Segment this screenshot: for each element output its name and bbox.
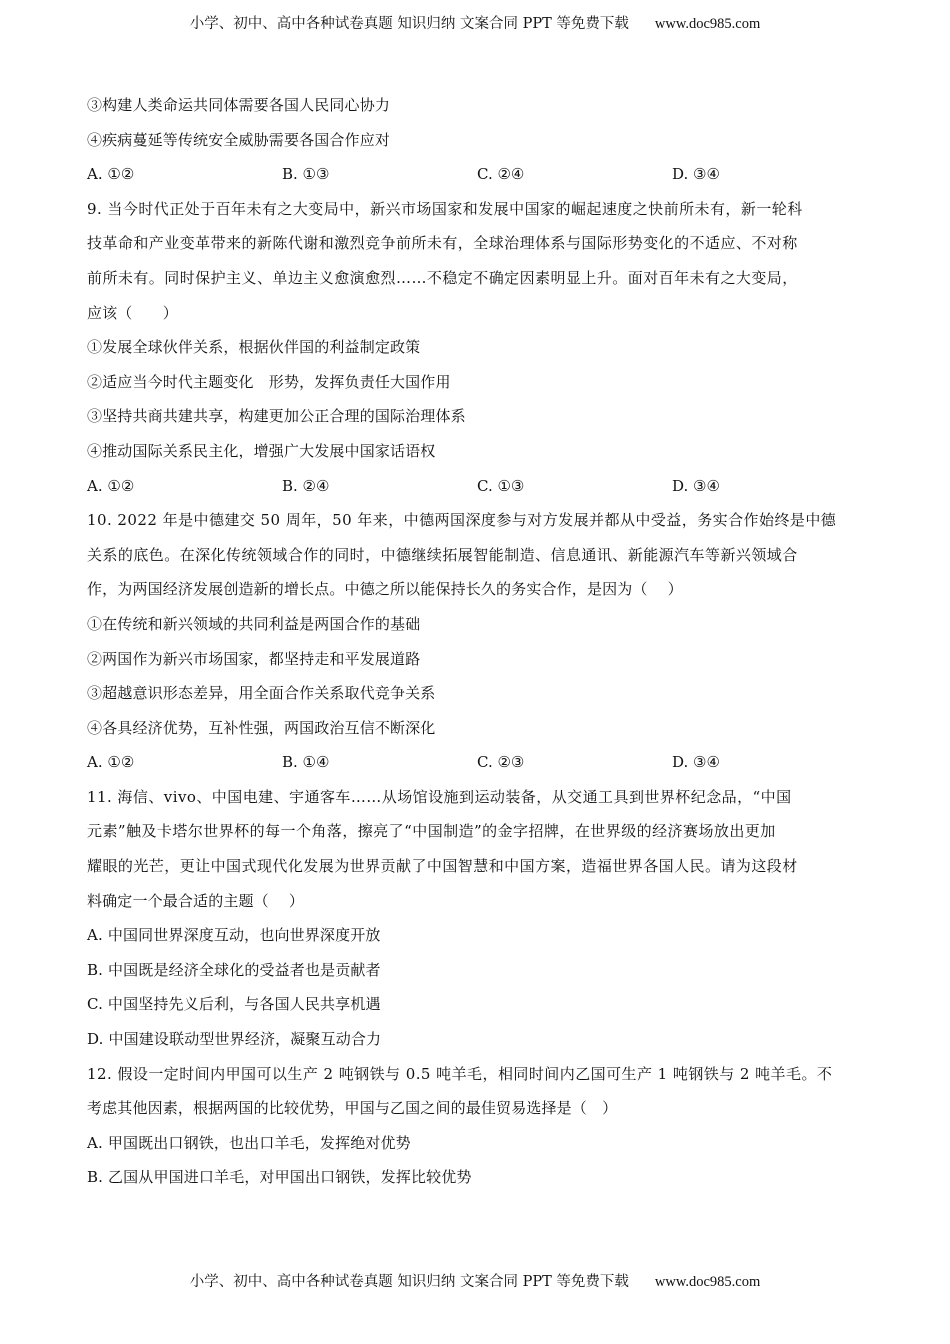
question-stem: 12. 假设一定时间内甲国可以生产 2 吨钢铁与 0.5 吨羊毛，相同时间内乙国… (87, 1057, 867, 1092)
option-a: A. 中国同世界深度互动，也向世界深度开放 (87, 918, 867, 953)
statement: ①发展全球伙伴关系，根据伙伴国的利益制定政策 (87, 330, 867, 365)
question-stem: 关系的底色。在深化传统领域合作的同时，中德继续拓展智能制造、信息通讯、新能源汽车… (87, 538, 867, 573)
option-b: B. ②④ (282, 469, 477, 504)
statement: ③构建人类命运共同体需要各国人民同心协力 (87, 88, 867, 123)
option-c: C. 中国坚持先义后利，与各国人民共享机遇 (87, 987, 867, 1022)
answer-options: A. ①② B. ①③ C. ②④ D. ③④ (87, 157, 867, 192)
statement: ②两国作为新兴市场国家，都坚持走和平发展道路 (87, 642, 867, 677)
question-11: 11. 海信、vivo、中国电建、宇通客车……从场馆设施到运动装备，从交通工具到… (87, 780, 867, 1057)
option-c: C. ①③ (477, 469, 672, 504)
statement: ②适应当今时代主题变化 形势，发挥负责任大国作用 (87, 365, 867, 400)
statement: ④各具经济优势，互补性强，两国政治互信不断深化 (87, 711, 867, 746)
question-stem: 11. 海信、vivo、中国电建、宇通客车……从场馆设施到运动装备，从交通工具到… (87, 780, 867, 815)
question-stem: 料确定一个最合适的主题（ ） (87, 884, 867, 919)
question-stem: 元素”触及卡塔尔世界杯的每一个角落，擦亮了“中国制造”的金字招牌，在世界级的经济… (87, 814, 867, 849)
question-stem: 作，为两国经济发展创造新的增长点。中德之所以能保持长久的务实合作，是因为（ ） (87, 572, 867, 607)
option-b: B. ①④ (282, 745, 477, 780)
page-header: 小学、初中、高中各种试卷真题 知识归纳 文案合同 PPT 等免费下载www.do… (0, 12, 950, 33)
question-stem: 9. 当今时代正处于百年未有之大变局中，新兴市场国家和发展中国家的崛起速度之快前… (87, 192, 867, 227)
page-footer: 小学、初中、高中各种试卷真题 知识归纳 文案合同 PPT 等免费下载www.do… (0, 1270, 950, 1291)
header-text: 小学、初中、高中各种试卷真题 知识归纳 文案合同 PPT 等免费下载 (190, 16, 629, 32)
question-stem: 耀眼的光芒，更让中国式现代化发展为世界贡献了中国智慧和中国方案，造福世界各国人民… (87, 849, 867, 884)
footer-text: 小学、初中、高中各种试卷真题 知识归纳 文案合同 PPT 等免费下载 (190, 1274, 629, 1290)
option-a: A. 甲国既出口钢铁，也出口羊毛，发挥绝对优势 (87, 1126, 867, 1161)
question-stem: 技革命和产业变革带来的新陈代谢和激烈竞争前所未有，全球治理体系与国际形势变化的不… (87, 226, 867, 261)
statement: ④推动国际关系民主化，增强广大发展中国家话语权 (87, 434, 867, 469)
option-d: D. 中国建设联动型世界经济，凝聚互动合力 (87, 1022, 867, 1057)
question-stem: 考虑其他因素，根据两国的比较优势，甲国与乙国之间的最佳贸易选择是（ ） (87, 1091, 867, 1126)
question-10: 10. 2022 年是中德建交 50 周年，50 年来，中德两国深度参与对方发展… (87, 503, 867, 780)
question-stem: 10. 2022 年是中德建交 50 周年，50 年来，中德两国深度参与对方发展… (87, 503, 867, 538)
question-8-tail: ③构建人类命运共同体需要各国人民同心协力 ④疾病蔓延等传统安全威胁需要各国合作应… (87, 88, 867, 192)
answer-options: A. ①② B. ②④ C. ①③ D. ③④ (87, 469, 867, 504)
statement: ④疾病蔓延等传统安全威胁需要各国合作应对 (87, 123, 867, 158)
statement: ③超越意识形态差异，用全面合作关系取代竞争关系 (87, 676, 867, 711)
option-a: A. ①② (87, 469, 282, 504)
option-d: D. ③④ (672, 157, 867, 192)
option-d: D. ③④ (672, 469, 867, 504)
answer-options: A. ①② B. ①④ C. ②③ D. ③④ (87, 745, 867, 780)
footer-url[interactable]: www.doc985.com (655, 1274, 760, 1290)
statement: ③坚持共商共建共享，构建更加公正合理的国际治理体系 (87, 399, 867, 434)
question-12: 12. 假设一定时间内甲国可以生产 2 吨钢铁与 0.5 吨羊毛，相同时间内乙国… (87, 1057, 867, 1195)
question-stem: 应该（ ） (87, 296, 867, 331)
question-stem: 前所未有。同时保护主义、单边主义愈演愈烈……不稳定不确定因素明显上升。面对百年未… (87, 261, 867, 296)
option-b: B. 中国既是经济全球化的受益者也是贡献者 (87, 953, 867, 988)
option-a: A. ①② (87, 157, 282, 192)
option-c: C. ②③ (477, 745, 672, 780)
header-url[interactable]: www.doc985.com (655, 16, 760, 32)
option-c: C. ②④ (477, 157, 672, 192)
exam-content: ③构建人类命运共同体需要各国人民同心协力 ④疾病蔓延等传统安全威胁需要各国合作应… (87, 88, 867, 1195)
option-a: A. ①② (87, 745, 282, 780)
option-d: D. ③④ (672, 745, 867, 780)
statement: ①在传统和新兴领域的共同利益是两国合作的基础 (87, 607, 867, 642)
option-b: B. 乙国从甲国进口羊毛，对甲国出口钢铁，发挥比较优势 (87, 1160, 867, 1195)
question-9: 9. 当今时代正处于百年未有之大变局中，新兴市场国家和发展中国家的崛起速度之快前… (87, 192, 867, 503)
option-b: B. ①③ (282, 157, 477, 192)
